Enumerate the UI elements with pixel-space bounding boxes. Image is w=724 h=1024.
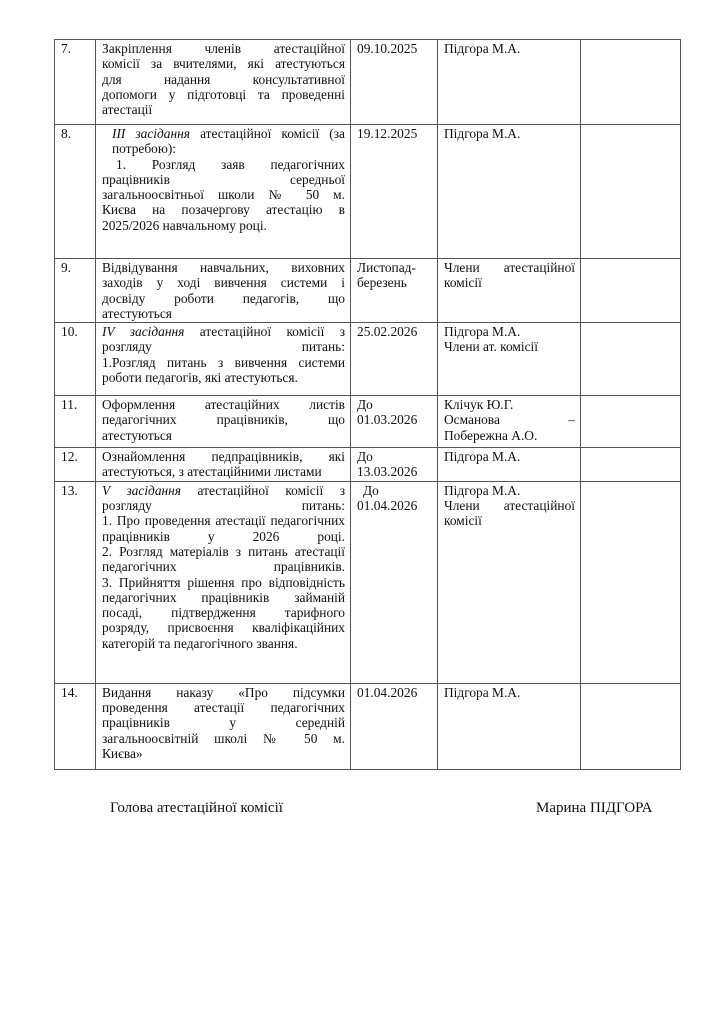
note-cell xyxy=(581,396,681,448)
description-line: загальноосвітньої школи № 50 м. xyxy=(102,187,345,202)
note-cell xyxy=(581,448,681,482)
description-line: атестуються xyxy=(102,306,172,321)
description-line-wrap: розряду, присвоєння кваліфікаційних xyxy=(102,620,345,635)
description-line-wrap: роботи педагогів, які атестуються. xyxy=(102,370,345,385)
date-line: 01.04.2026 xyxy=(357,498,432,513)
responsible-line: комісії xyxy=(444,513,575,528)
table-row: 12.Ознайомлення педпрацівників, якіатест… xyxy=(55,448,681,482)
date-line: До xyxy=(357,449,432,464)
responsible-person: Підгора М.А. xyxy=(438,448,581,482)
responsible-line: Підгора М.А. xyxy=(444,483,575,498)
row-number: 14. xyxy=(55,683,96,769)
event-description: Ознайомлення педпрацівників, якіатестуют… xyxy=(96,448,351,482)
description-line: роботи педагогів, які атестуються. xyxy=(102,370,298,385)
description-line: Києва» xyxy=(102,746,143,761)
description-line-wrap: працівників середньої xyxy=(102,172,345,187)
description-line: атестації xyxy=(102,102,152,117)
description-line: проведення атестації педагогічних xyxy=(102,700,345,715)
description-line-wrap: працівників у середній xyxy=(102,715,345,730)
event-description: IV засідання атестаційної комісії зрозгл… xyxy=(96,323,351,396)
event-date: Листопад-березень xyxy=(351,259,438,323)
responsible-person: Підгора М.А. xyxy=(438,40,581,125)
description-line-wrap: педагогічних працівників. xyxy=(102,559,345,574)
responsible-person: Підгора М.А.Члени атестаційноїкомісії xyxy=(438,481,581,683)
description-line-wrap: IV засідання атестаційної комісії з xyxy=(102,324,345,339)
responsible-line: Побережна А.О. xyxy=(444,428,575,443)
description-line-wrap: загальноосвітньої школи № 50 м. xyxy=(102,187,345,202)
description-line: атестаційної комісії з xyxy=(181,483,345,498)
row-number: 9. xyxy=(55,259,96,323)
description-line: потребою): xyxy=(112,141,176,156)
description-line-wrap: Закріплення членів атестаційної xyxy=(102,41,345,56)
description-line: Києва на позачергову атестацію в xyxy=(102,202,345,217)
event-date: До13.03.2026 xyxy=(351,448,438,482)
description-line: комісії за вчителями, які атестуються xyxy=(102,56,345,71)
signature-name: Марина ПІДГОРА xyxy=(536,800,652,817)
row-number: 7. xyxy=(55,40,96,125)
description-line-wrap: V засідання атестаційної комісії з xyxy=(102,483,345,498)
description-line: розгляду питань: xyxy=(102,339,345,354)
description-line: 1. Про проведення атестації педагогічних xyxy=(102,513,345,528)
responsible-person: Члени атестаційноїкомісії xyxy=(438,259,581,323)
date-line: березень xyxy=(357,275,432,290)
responsible-line: Османова – xyxy=(444,412,575,427)
date-line: До xyxy=(357,397,432,412)
description-line: допомоги у підготовці та проведенні xyxy=(102,87,345,102)
date-line: 01.04.2026 xyxy=(357,685,432,700)
description-line-wrap: 1. Розгляд заяв педагогічних xyxy=(102,157,345,172)
description-line: для надання консультативної xyxy=(102,72,345,87)
description-line: досвіду роботи педагогів, що xyxy=(102,291,345,306)
row-number: 10. xyxy=(55,323,96,396)
description-line-wrap: атестуються xyxy=(102,306,345,321)
event-date: До01.03.2026 xyxy=(351,396,438,448)
description-line-wrap: категорій та педагогічного звання. xyxy=(102,636,345,651)
description-line-wrap: працівників у 2026 році. xyxy=(102,529,345,544)
description-line-wrap: педагогічних працівників займаній xyxy=(102,590,345,605)
table-row: 9.Відвідування навчальних, виховнихзаход… xyxy=(55,259,681,323)
date-line: 25.02.2026 xyxy=(357,324,432,339)
row-number: 12. xyxy=(55,448,96,482)
description-line: працівників середньої xyxy=(102,172,345,187)
table-row: 11.Оформлення атестаційних листівпедагог… xyxy=(55,396,681,448)
description-line-wrap: загальноосвітній школі № 50 м. xyxy=(102,731,345,746)
description-line-wrap: заходів у ході вивчення системи і xyxy=(102,275,345,290)
responsible-line: Підгора М.А. xyxy=(444,449,575,464)
description-line: розряду, присвоєння кваліфікаційних xyxy=(102,620,345,635)
description-line: розгляду питань: xyxy=(102,498,345,513)
responsible-line: Члени атестаційної xyxy=(444,260,575,275)
responsible-person: Клічук Ю.Г.Османова –Побережна А.О. xyxy=(438,396,581,448)
date-line: 19.12.2025 xyxy=(357,126,432,141)
description-line: Закріплення членів атестаційної xyxy=(102,41,345,56)
responsible-person: Підгора М.А. xyxy=(438,125,581,259)
event-description: V засідання атестаційної комісії зрозгля… xyxy=(96,481,351,683)
description-line: Оформлення атестаційних листів xyxy=(102,397,345,412)
description-line-wrap: атестуються, з атестаційними листами xyxy=(102,464,345,479)
note-cell xyxy=(581,323,681,396)
description-line: Ознайомлення педпрацівників, які xyxy=(102,449,345,464)
row-number: 8. xyxy=(55,125,96,259)
note-cell xyxy=(581,683,681,769)
event-description: III засідання атестаційної комісії (запо… xyxy=(96,125,351,259)
date-line: До xyxy=(357,483,432,498)
description-line-wrap: III засідання атестаційної комісії (за xyxy=(102,126,345,141)
description-line: 1.Розгляд питань з вивчення системи xyxy=(102,355,345,370)
description-line-wrap: розгляду питань: xyxy=(102,339,345,354)
date-line: Листопад- xyxy=(357,260,432,275)
description-line-wrap: Видання наказу «Про підсумки xyxy=(102,685,345,700)
description-line-wrap: 1.Розгляд питань з вивчення системи xyxy=(102,355,345,370)
events-plan-table: 7.Закріплення членів атестаційноїкомісії… xyxy=(54,39,681,770)
table-row: 10.IV засідання атестаційної комісії зро… xyxy=(55,323,681,396)
description-line-wrap: атестуються xyxy=(102,428,345,443)
description-line-wrap: досвіду роботи педагогів, що xyxy=(102,291,345,306)
event-date: 09.10.2025 xyxy=(351,40,438,125)
description-line: заходів у ході вивчення системи і xyxy=(102,275,345,290)
description-line: 2. Розгляд матеріалів з питань атестації xyxy=(102,544,345,559)
row-number: 11. xyxy=(55,396,96,448)
description-line-wrap: педагогічних працівників, що xyxy=(102,412,345,427)
description-line: Відвідування навчальних, виховних xyxy=(102,260,345,275)
date-line: 13.03.2026 xyxy=(357,464,432,479)
responsible-line: Підгора М.А. xyxy=(444,126,575,141)
description-line-wrap: 2. Розгляд матеріалів з питань атестації xyxy=(102,544,345,559)
responsible-line: Клічук Ю.Г. xyxy=(444,397,575,412)
responsible-line: комісії xyxy=(444,275,575,290)
description-line: посаді, підтвердження тарифного xyxy=(102,605,345,620)
description-line-wrap: атестації xyxy=(102,102,345,117)
description-line-wrap: для надання консультативної xyxy=(102,72,345,87)
event-date: 25.02.2026 xyxy=(351,323,438,396)
description-line-wrap: допомоги у підготовці та проведенні xyxy=(102,87,345,102)
description-line-wrap: Києва» xyxy=(102,746,345,761)
meeting-title: IV засідання xyxy=(102,324,184,339)
description-line: атестуються, з атестаційними листами xyxy=(102,464,322,479)
responsible-line: Підгора М.А. xyxy=(444,41,575,56)
description-line-wrap: Ознайомлення педпрацівників, які xyxy=(102,449,345,464)
description-line: 1. Розгляд заяв педагогічних xyxy=(116,157,345,172)
description-line: Видання наказу «Про підсумки xyxy=(102,685,345,700)
meeting-title: III засідання xyxy=(112,126,190,141)
event-date: До01.04.2026 xyxy=(351,481,438,683)
table-row: 8.III засідання атестаційної комісії (за… xyxy=(55,125,681,259)
note-cell xyxy=(581,40,681,125)
description-line-wrap: 3. Прийняття рішення про відповідність xyxy=(102,575,345,590)
description-line: 2025/2026 навчальному році. xyxy=(102,218,267,233)
row-number: 13. xyxy=(55,481,96,683)
description-line: педагогічних працівників. xyxy=(102,559,345,574)
description-line: загальноосвітній школі № 50 м. xyxy=(102,731,345,746)
event-date: 19.12.2025 xyxy=(351,125,438,259)
description-line: працівників у 2026 році. xyxy=(102,529,345,544)
signature-title: Голова атестаційної комісії xyxy=(110,800,283,817)
table-row: 13.V засідання атестаційної комісії зроз… xyxy=(55,481,681,683)
table-row: 14.Видання наказу «Про підсумкипроведенн… xyxy=(55,683,681,769)
description-line: атестаційної комісії (за xyxy=(190,126,345,141)
description-line: атестаційної комісії з xyxy=(184,324,345,339)
description-line-wrap: Оформлення атестаційних листів xyxy=(102,397,345,412)
description-line-wrap: 2025/2026 навчальному році. xyxy=(102,218,345,233)
description-line: педагогічних працівників, що xyxy=(102,412,345,427)
event-description: Оформлення атестаційних листівпедагогічн… xyxy=(96,396,351,448)
table-row: 7.Закріплення членів атестаційноїкомісії… xyxy=(55,40,681,125)
responsible-line: Члени ат. комісії xyxy=(444,339,575,354)
description-line-wrap: потребою): xyxy=(102,141,345,156)
responsible-person: Підгора М.А.Члени ат. комісії xyxy=(438,323,581,396)
meeting-title: V засідання xyxy=(102,483,181,498)
description-line-wrap: комісії за вчителями, які атестуються xyxy=(102,56,345,71)
date-line: 09.10.2025 xyxy=(357,41,432,56)
responsible-person: Підгора М.А. xyxy=(438,683,581,769)
note-cell xyxy=(581,481,681,683)
description-line-wrap: 1. Про проведення атестації педагогічних xyxy=(102,513,345,528)
note-cell xyxy=(581,259,681,323)
description-line: 3. Прийняття рішення про відповідність xyxy=(102,575,345,590)
event-description: Відвідування навчальних, виховнихзаходів… xyxy=(96,259,351,323)
description-line-wrap: Києва на позачергову атестацію в xyxy=(102,202,345,217)
description-line-wrap: Відвідування навчальних, виховних xyxy=(102,260,345,275)
description-line: педагогічних працівників займаній xyxy=(102,590,345,605)
responsible-line: Підгора М.А. xyxy=(444,324,575,339)
description-line-wrap: посаді, підтвердження тарифного xyxy=(102,605,345,620)
description-line: категорій та педагогічного звання. xyxy=(102,636,298,651)
responsible-line: Члени атестаційної xyxy=(444,498,575,513)
date-line: 01.03.2026 xyxy=(357,412,432,427)
description-line: атестуються xyxy=(102,428,172,443)
event-date: 01.04.2026 xyxy=(351,683,438,769)
description-line-wrap: проведення атестації педагогічних xyxy=(102,700,345,715)
description-line: працівників у середній xyxy=(102,715,345,730)
event-description: Видання наказу «Про підсумкипроведення а… xyxy=(96,683,351,769)
note-cell xyxy=(581,125,681,259)
event-description: Закріплення членів атестаційноїкомісії з… xyxy=(96,40,351,125)
description-line-wrap: розгляду питань: xyxy=(102,498,345,513)
responsible-line: Підгора М.А. xyxy=(444,685,575,700)
